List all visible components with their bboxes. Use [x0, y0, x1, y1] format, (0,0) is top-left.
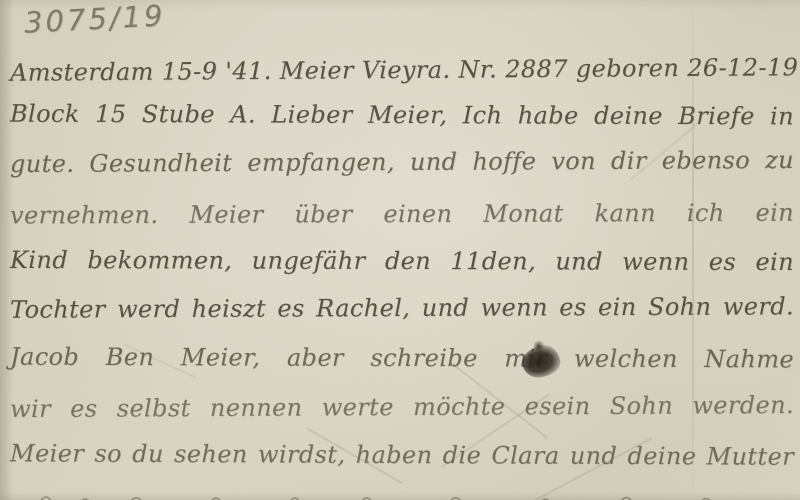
letter-line-4: vernehmen. Meier über einen Monat kann i…	[10, 199, 794, 230]
letter-line-1: Amsterdam 15-9 '41. Meier Vieyra. Nr. 28…	[10, 53, 794, 86]
archive-number-pencil: 3075/19	[23, 0, 166, 40]
letter-line-3: gute. Gesundheit empfangen, und hoffe vo…	[10, 146, 794, 178]
letter-line-9: Meier so du sehen wirdst, haben die Clar…	[10, 439, 794, 470]
letter-line-7: Jacob Ben Meier, aber schreibe mir welch…	[10, 343, 794, 374]
letter-line-6: Tochter werd heiszt es Rachel, und wenn …	[10, 292, 794, 323]
letter-line-2: Block 15 Stube A. Lieber Meier, Ich habe…	[10, 100, 794, 131]
cutoff-line-strokes	[0, 484, 800, 500]
letter-line-5: Kind bekommen, ungefähr den 11den, und w…	[10, 246, 794, 276]
letter-page: 3075/19 Amsterdam 15-9 '41. Meier Vieyra…	[0, 0, 800, 500]
letter-line-8: wir es selbst nennen werte möchte esein …	[10, 391, 794, 423]
scan-edge-shadow	[0, 492, 800, 500]
